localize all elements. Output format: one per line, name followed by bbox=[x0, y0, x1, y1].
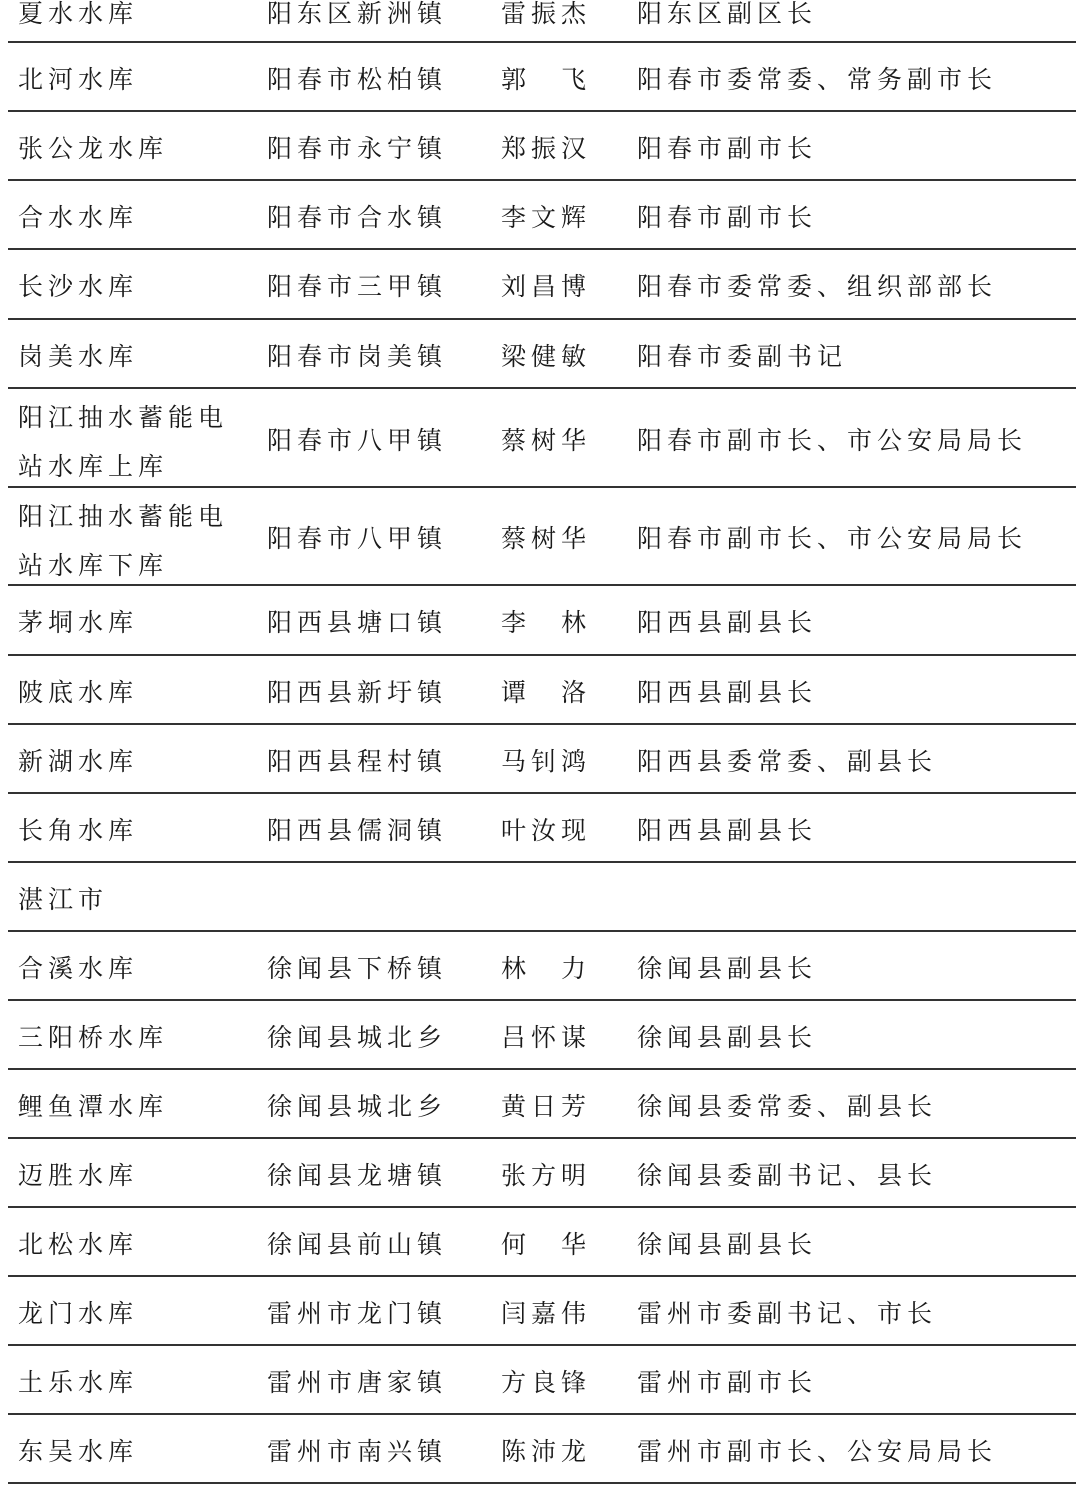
position-title-cell: 阳西县副县长 bbox=[637, 608, 817, 638]
table-row: 陂底水库 阳西县新圩镇 谭 洛 阳西县副县长 bbox=[8, 656, 1076, 725]
table-row: 鲤鱼潭水库 徐闻县城北乡 黄日芳 徐闻县委常委、副县长 bbox=[8, 1070, 1076, 1139]
reservoir-name-cell: 龙门水库 bbox=[18, 1299, 138, 1329]
position-title-cell: 徐闻县副县长 bbox=[637, 1230, 817, 1260]
position-title-cell: 阳春市副市长 bbox=[637, 134, 817, 164]
location-cell: 雷州市唐家镇 bbox=[267, 1368, 447, 1398]
table-row: 东吴水库 雷州市南兴镇 陈沛龙 雷州市副市长、公安局局长 bbox=[8, 1415, 1076, 1484]
location-cell: 阳东区新洲镇 bbox=[267, 0, 447, 29]
table-row: 茅垌水库 阳西县塘口镇 李 林 阳西县副县长 bbox=[8, 586, 1076, 656]
position-title-cell: 雷州市副市长 bbox=[637, 1368, 817, 1398]
location-cell: 徐闻县前山镇 bbox=[267, 1230, 447, 1260]
location-cell: 雷州市龙门镇 bbox=[267, 1299, 447, 1329]
responsible-person-cell: 李文辉 bbox=[501, 203, 591, 233]
reservoir-name-cell: 北河水库 bbox=[18, 65, 138, 95]
table-row: 土乐水库 雷州市唐家镇 方良锋 雷州市副市长 bbox=[8, 1346, 1076, 1415]
responsible-person-cell: 雷振杰 bbox=[501, 0, 591, 29]
position-title-cell: 阳西县副县长 bbox=[637, 816, 817, 846]
location-cell: 徐闻县龙塘镇 bbox=[267, 1161, 447, 1191]
responsible-person-cell: 郑振汉 bbox=[501, 134, 591, 164]
responsible-person-cell: 黄日芳 bbox=[501, 1092, 591, 1122]
position-title-cell: 徐闻县副县长 bbox=[637, 954, 817, 984]
location-cell: 阳春市三甲镇 bbox=[267, 272, 447, 302]
reservoir-name-cell: 迈胜水库 bbox=[18, 1161, 138, 1191]
location-cell: 阳春市八甲镇 bbox=[267, 426, 447, 456]
table-row: 岗美水库 阳春市岗美镇 梁健敏 阳春市委副书记 bbox=[8, 320, 1076, 389]
location-cell: 雷州市南兴镇 bbox=[267, 1437, 447, 1467]
position-title-cell: 阳东区副区长 bbox=[637, 0, 817, 29]
reservoir-name-cell: 茅垌水库 bbox=[18, 608, 138, 638]
responsible-person-cell: 蔡树华 bbox=[501, 426, 591, 456]
table-row: 三阳桥水库 徐闻县城北乡 吕怀谋 徐闻县副县长 bbox=[8, 1001, 1076, 1070]
table-row: 龙门水库 雷州市龙门镇 闫嘉伟 雷州市委副书记、市长 bbox=[8, 1277, 1076, 1346]
location-cell: 徐闻县下桥镇 bbox=[267, 954, 447, 984]
reservoir-name-cell: 夏水水库 bbox=[18, 0, 138, 29]
location-cell: 阳春市松柏镇 bbox=[267, 65, 447, 95]
location-cell: 阳西县程村镇 bbox=[267, 747, 447, 777]
responsible-person-cell: 谭 洛 bbox=[501, 678, 591, 708]
location-cell: 阳春市合水镇 bbox=[267, 203, 447, 233]
location-cell: 阳西县新圩镇 bbox=[267, 678, 447, 708]
reservoir-name-cell: 新湖水库 bbox=[18, 747, 138, 777]
location-cell: 徐闻县城北乡 bbox=[267, 1023, 447, 1053]
reservoir-name-cell: 长沙水库 bbox=[18, 272, 138, 302]
reservoir-name-cell: 张公龙水库 bbox=[18, 134, 168, 164]
position-title-cell: 阳春市副市长 bbox=[637, 203, 817, 233]
table-row: 夏水水库 阳东区新洲镇 雷振杰 阳东区副区长 bbox=[8, 0, 1076, 43]
position-title-cell: 雷州市委副书记、市长 bbox=[637, 1299, 937, 1329]
section-title-city: 湛江市 bbox=[18, 885, 108, 915]
responsible-person-cell: 林 力 bbox=[501, 954, 591, 984]
position-title-cell: 阳春市委常委、组织部部长 bbox=[637, 272, 997, 302]
responsible-person-cell: 郭 飞 bbox=[501, 65, 591, 95]
position-title-cell: 阳西县委常委、副县长 bbox=[637, 747, 937, 777]
reservoir-name-cell: 三阳桥水库 bbox=[18, 1023, 168, 1053]
reservoir-name-cell: 东吴水库 bbox=[18, 1437, 138, 1467]
table-row: 新湖水库 阳西县程村镇 马钊鸿 阳西县委常委、副县长 bbox=[8, 725, 1076, 794]
reservoir-name-cell: 阳江抽水蓄能电站水库上库 bbox=[18, 393, 228, 491]
position-title-cell: 雷州市副市长、公安局局长 bbox=[637, 1437, 997, 1467]
table-row: 北松水库 徐闻县前山镇 何 华 徐闻县副县长 bbox=[8, 1208, 1076, 1277]
table-row: 北河水库 阳春市松柏镇 郭 飞 阳春市委常委、常务副市长 bbox=[8, 43, 1076, 112]
responsible-person-cell: 马钊鸿 bbox=[501, 747, 591, 777]
reservoir-name-cell: 合水水库 bbox=[18, 203, 138, 233]
table-row: 迈胜水库 徐闻县龙塘镇 张方明 徐闻县委副书记、县长 bbox=[8, 1139, 1076, 1208]
location-cell: 徐闻县城北乡 bbox=[267, 1092, 447, 1122]
responsible-person-cell: 李 林 bbox=[501, 608, 591, 638]
position-title-cell: 阳西县副县长 bbox=[637, 678, 817, 708]
position-title-cell: 徐闻县委副书记、县长 bbox=[637, 1161, 937, 1191]
responsible-person-cell: 张方明 bbox=[501, 1161, 591, 1191]
table-row: 合溪水库 徐闻县下桥镇 林 力 徐闻县副县长 bbox=[8, 932, 1076, 1001]
reservoir-name-cell: 阳江抽水蓄能电站水库下库 bbox=[18, 492, 228, 590]
reservoir-name-cell: 合溪水库 bbox=[18, 954, 138, 984]
responsible-person-cell: 方良锋 bbox=[501, 1368, 591, 1398]
location-cell: 阳春市岗美镇 bbox=[267, 342, 447, 372]
responsible-person-cell: 陈沛龙 bbox=[501, 1437, 591, 1467]
position-title-cell: 阳春市委副书记 bbox=[637, 342, 847, 372]
reservoir-name-cell: 陂底水库 bbox=[18, 678, 138, 708]
table-row: 长角水库 阳西县儒洞镇 叶汝现 阳西县副县长 bbox=[8, 794, 1076, 863]
reservoir-name-cell: 土乐水库 bbox=[18, 1368, 138, 1398]
table-row: 阳江抽水蓄能电站水库上库 阳春市八甲镇 蔡树华 阳春市副市长、市公安局局长 bbox=[8, 389, 1076, 488]
reservoir-name-cell: 岗美水库 bbox=[18, 342, 138, 372]
responsible-person-cell: 梁健敏 bbox=[501, 342, 591, 372]
responsible-person-cell: 蔡树华 bbox=[501, 524, 591, 554]
position-title-cell: 阳春市委常委、常务副市长 bbox=[637, 65, 997, 95]
table-row: 阳江抽水蓄能电站水库下库 阳春市八甲镇 蔡树华 阳春市副市长、市公安局局长 bbox=[8, 488, 1076, 586]
responsible-person-cell: 吕怀谋 bbox=[501, 1023, 591, 1053]
position-title-cell: 徐闻县副县长 bbox=[637, 1023, 817, 1053]
responsible-person-cell: 刘昌博 bbox=[501, 272, 591, 302]
location-cell: 阳春市八甲镇 bbox=[267, 524, 447, 554]
table-row: 合水水库 阳春市合水镇 李文辉 阳春市副市长 bbox=[8, 181, 1076, 250]
location-cell: 阳西县塘口镇 bbox=[267, 608, 447, 638]
location-cell: 阳春市永宁镇 bbox=[267, 134, 447, 164]
responsible-person-cell: 叶汝现 bbox=[501, 816, 591, 846]
position-title-cell: 阳春市副市长、市公安局局长 bbox=[637, 426, 1027, 456]
reservoir-name-cell: 鲤鱼潭水库 bbox=[18, 1092, 168, 1122]
location-cell: 阳西县儒洞镇 bbox=[267, 816, 447, 846]
section-header-row: 湛江市 bbox=[8, 863, 1076, 932]
responsible-person-cell: 何 华 bbox=[501, 1230, 591, 1260]
position-title-cell: 徐闻县委常委、副县长 bbox=[637, 1092, 937, 1122]
position-title-cell: 阳春市副市长、市公安局局长 bbox=[637, 524, 1027, 554]
table-row: 张公龙水库 阳春市永宁镇 郑振汉 阳春市副市长 bbox=[8, 112, 1076, 181]
responsible-person-cell: 闫嘉伟 bbox=[501, 1299, 591, 1329]
reservoir-name-cell: 长角水库 bbox=[18, 816, 138, 846]
table-row: 长沙水库 阳春市三甲镇 刘昌博 阳春市委常委、组织部部长 bbox=[8, 250, 1076, 320]
reservoir-name-cell: 北松水库 bbox=[18, 1230, 138, 1260]
